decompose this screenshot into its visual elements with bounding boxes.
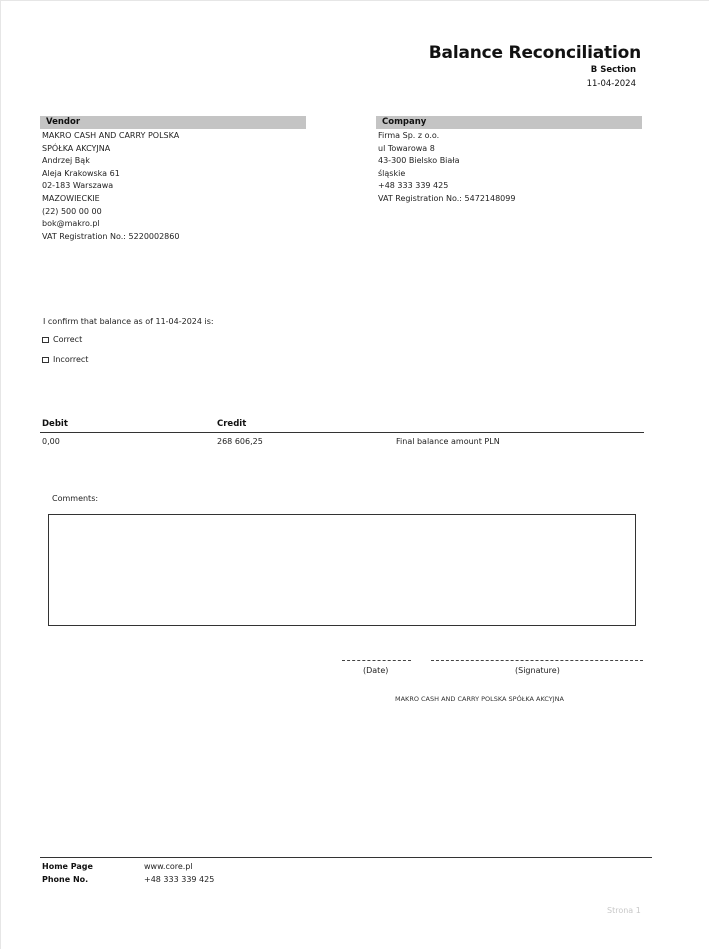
vendor-block: Vendor MAKRO CASH AND CARRY POLSKA SPÓŁK…	[40, 116, 306, 243]
comments-field[interactable]	[48, 514, 636, 626]
option-incorrect[interactable]: Incorrect	[42, 355, 88, 364]
checkbox-icon[interactable]	[42, 357, 49, 363]
confirmation-statement: I confirm that balance as of 11-04-2024 …	[43, 317, 214, 326]
option-correct[interactable]: Correct	[42, 335, 82, 344]
document-subtitle: B Section	[591, 65, 636, 75]
signature-line	[431, 660, 643, 661]
option-label: Correct	[53, 335, 82, 344]
vendor-line: SPÓŁKA AKCYJNA	[42, 143, 306, 156]
debit-header: Debit	[42, 419, 68, 429]
debit-value: 0,00	[42, 437, 60, 446]
vendor-line: Aleja Krakowska 61	[42, 168, 306, 181]
credit-value: 268 606,25	[217, 437, 263, 446]
home-page-value[interactable]: www.core.pl	[144, 862, 193, 871]
date-signature-line	[342, 660, 411, 661]
signature-label: (Signature)	[515, 666, 560, 675]
page-number: Strona 1	[607, 906, 641, 915]
vendor-line: MAZOWIECKIE	[42, 193, 306, 206]
company-line: śląskie	[378, 168, 642, 181]
company-block: Company Firma Sp. z o.o. ul Towarowa 8 4…	[376, 116, 642, 206]
vendor-heading: Vendor	[40, 116, 306, 129]
vendor-line: bok@makro.pl	[42, 218, 306, 231]
date-label: (Date)	[363, 666, 388, 675]
company-line: VAT Registration No.: 5472148099	[378, 193, 642, 206]
footer-divider	[40, 857, 652, 858]
company-line: +48 333 339 425	[378, 180, 642, 193]
vendor-details: MAKRO CASH AND CARRY POLSKA SPÓŁKA AKCYJ…	[40, 130, 306, 243]
company-line: ul Towarowa 8	[378, 143, 642, 156]
option-label: Incorrect	[53, 355, 88, 364]
document-date: 11-04-2024	[587, 79, 636, 89]
vendor-line: 02-183 Warszawa	[42, 180, 306, 193]
balance-description: Final balance amount PLN	[396, 437, 500, 446]
phone-value: +48 333 339 425	[144, 875, 214, 884]
vendor-line: MAKRO CASH AND CARRY POLSKA	[42, 130, 306, 143]
vendor-line: Andrzej Bąk	[42, 155, 306, 168]
home-page-label: Home Page	[42, 862, 93, 871]
credit-header: Credit	[217, 419, 246, 429]
company-heading: Company	[376, 116, 642, 129]
comments-label: Comments:	[52, 494, 98, 503]
vendor-line: VAT Registration No.: 5220002860	[42, 231, 306, 244]
signatory-company: MAKRO CASH AND CARRY POLSKA SPÓŁKA AKCYJ…	[395, 695, 564, 703]
document-page: Balance Reconciliation B Section 11-04-2…	[0, 0, 709, 949]
document-title: Balance Reconciliation	[429, 43, 641, 63]
phone-label: Phone No.	[42, 875, 88, 884]
vendor-line: (22) 500 00 00	[42, 206, 306, 219]
company-line: 43-300 Bielsko Biała	[378, 155, 642, 168]
balance-table-header: Debit Credit	[40, 419, 644, 433]
checkbox-icon[interactable]	[42, 337, 49, 343]
company-line: Firma Sp. z o.o.	[378, 130, 642, 143]
company-details: Firma Sp. z o.o. ul Towarowa 8 43-300 Bi…	[376, 130, 642, 206]
